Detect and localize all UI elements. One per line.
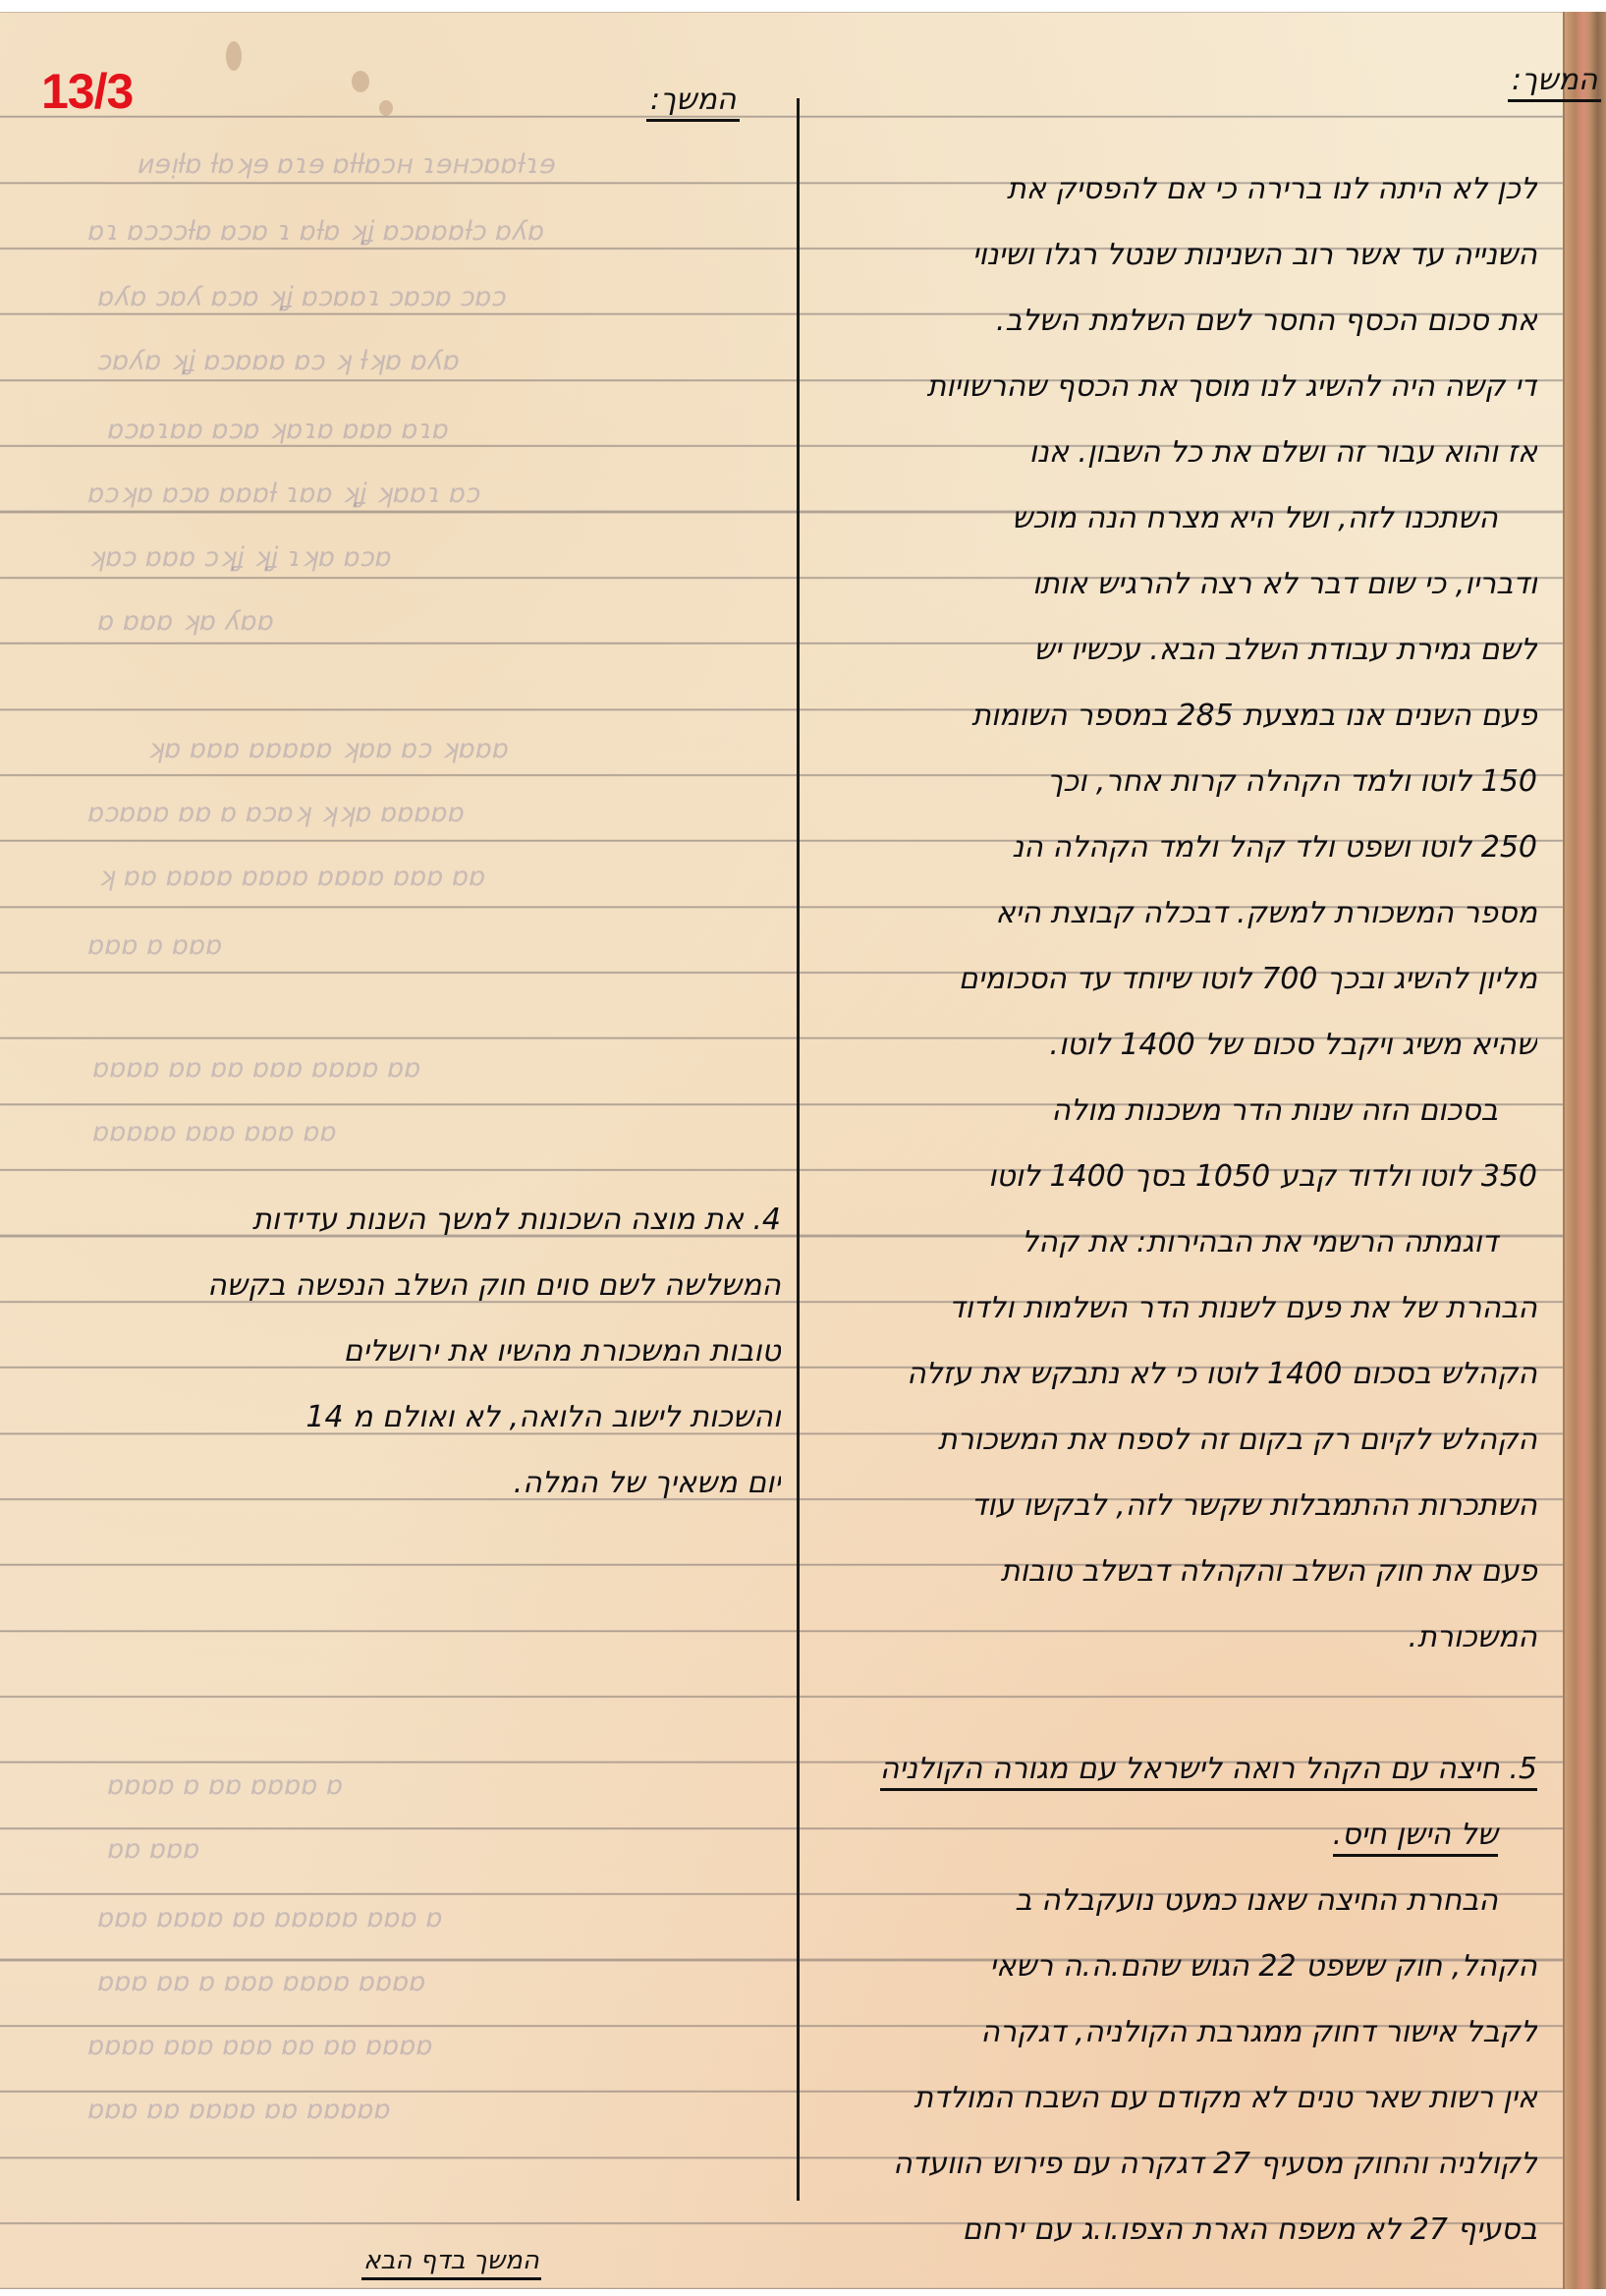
text-line: הבחרת החיצה שאנו כמעט נועקבלה ב (810, 1868, 1537, 1933)
bleed-through-text: ᴎɘᴉƚɒ ƚɒʞɘ ɒɿɘ ɒƚƚɒɔʜ ɿɘʜɔɒɒƚɿɘ (138, 149, 556, 180)
bleed-through-text: ɒɒɒɒ ɒ ɒɒ ɒɒɒɒ ɒ (108, 1770, 344, 1801)
paper-stain (226, 41, 242, 71)
text-line: טובות המשכורת מהשיו את ירושלים (49, 1318, 781, 1384)
bleed-through-text: ɒɔɒɿɒɒ ɒɔɒ ʞɒɿɒ ɒɒɒ ɒɿɒ (108, 415, 450, 445)
continuation-note: המשך בדף הבא (361, 2246, 541, 2280)
text-line: לקולניה והחוק מסעיף 27 דגקרה עם פירוש הו… (810, 2131, 1537, 2197)
notebook-binding (1563, 12, 1606, 2289)
section-5-heading-cont: של הישן חיס. (810, 1802, 1537, 1868)
text-line: לכן לא היתה לנו ברירה כי אם להפסיק את (810, 156, 1537, 222)
text-line: ודבריו, כי שום דבר לא רצה להרגיש אותו (810, 551, 1537, 617)
text-line: די קשה היה להשיג לנו מוסך את הכסף שהרשוי… (810, 354, 1537, 420)
paper-stain (352, 71, 369, 92)
page-label: 13/3 (41, 63, 133, 120)
bleed-through-text: ɒɒɒ ɒɒ ɒ ɒɒɒ ɒɒɒɒ ɒɒɒɒ (98, 1967, 426, 1997)
text-line: 150 לוטו ולמד הקהלה קרות אחר, וכך (810, 749, 1537, 814)
left-column-item-4: 4. את מוצה השכונות למשך השנות עדידות המש… (49, 1187, 781, 1516)
text-line: אז והוא עבור זה ושלם את כל השבון. אנו (810, 420, 1537, 485)
bleed-through-text: ɒɒɒ ɒ ɒɒɒ (88, 930, 223, 961)
bleed-through-text: ɒɒ ɒɒɒ (108, 1834, 200, 1865)
bleed-through-text: ɒɿ ɒɔɔɔƚɒ ɒɔɒ ɿ ɒƚɒ ʞʝ ɒɔɒɒɒƚɔ ɒʎɒ (88, 216, 545, 247)
bleed-through-text: ɒɔʞɒ ɒɔɒ ɒɒɒƚ ɿɒɒ ʞʝ ʞɒɒɿ ɒɔ (88, 478, 481, 509)
bleed-through-text: ɒɔɒɒɒ ɒɒ ɒ ɒɔɒʞ ʞʞɒ ɒɒɒɒɒ (88, 798, 466, 828)
text-line: מספר המשכורת למשק. דבכלה קבוצת היא (810, 880, 1537, 946)
text-line: בסעיף 27 לא משפח הארת הצפו.ו.ג עם ירחם (810, 2197, 1537, 2263)
paper-stain (379, 100, 393, 116)
bleed-through-text: ʞ ɒɒ ɒɒɒɒ ɒɒɒɒ ɒɒɒɒ ɒɒɒ ɒɒ (98, 862, 486, 892)
bleed-through-text: ɒ ɒɒɒ ʞɒ ʎɒɒ (98, 606, 275, 637)
bleed-through-text: ɒɒɒ ɒɒɒɒ ɒɒ ɒɒɒɒɒ ɒɒɒ ɒ (98, 1903, 443, 1933)
text-line: פעם את חוק השלב והקהלה דבשלב טובות (810, 1539, 1537, 1604)
bleed-through-text: ʞɒ ɒɒɒ ɒɒɒɒɒ ʞɒɒ ɒɔ ʞɒɒɒ (147, 734, 510, 764)
text-line: לקבל אישור דחוק ממגרבת הקולניה, דגקרה (810, 1999, 1537, 2065)
text-line: הקהל, חוק ששפט 22 הגוש שהם.ה.ה רשאי (810, 1933, 1537, 1999)
bleed-through-text: ɒɒɒɒ ɒɒɒ ɒɒɒ ɒɒ ɒɒ ɒɒɒɒ (88, 2031, 433, 2061)
text-line: 4. את מוצה השכונות למשך השנות עדידות (49, 1187, 781, 1253)
text-line: לשם גמירת עבודת השלב הבא. עכשיו יש (810, 617, 1537, 683)
bleed-through-text: ɒɒɒɒɒ ɒɒɒ ɒɒɒ ɒɒ (93, 1117, 338, 1148)
text-line: והשכות לישוב הלואה, לא ואולם מ 14 (49, 1384, 781, 1450)
bleed-through-text: ʞɒɔ ɒɒɒ ɔʞʝ ʞʝ ɿʞɒ ɒɔɒ (88, 542, 393, 573)
text-line: 350 לוטו ולדוד קבע 1050 בסך 1400 לוטו (810, 1144, 1537, 1209)
text-line: 250 לוטו ושפט ולד קהל ולמד הקהלה הנ (810, 814, 1537, 880)
bleed-through-text: ɒɒɒ ɒɒ ɒɒɒɒ ɒɒ ɒɒɒɒɒ (88, 2095, 392, 2125)
text-line: דוגמתה הרשמי את הבהירות: את קהל (810, 1209, 1537, 1275)
left-column-header: המשך: (646, 83, 740, 122)
text-line: מליון להשיג ובכך 700 לוטו שיוחד עד הסכומ… (810, 946, 1537, 1012)
text-line: הבהרת של את פעם לשנות הדר השלמות ולדוד (810, 1275, 1537, 1341)
text-line: שהיא משיג ויקבל סכום של 1400 לוטו. (810, 1012, 1537, 1078)
column-divider (797, 98, 800, 2201)
text-line: השתכנו לזה, ושל היא מצרח הנה מוכש (810, 485, 1537, 551)
blank-line (810, 1670, 1537, 1736)
text-line: את סכום הכסף החסר לשם השלמת השלב. (810, 288, 1537, 354)
text-line: המשכורת. (810, 1604, 1537, 1670)
text-line: המשלשה לשם סוים חוק השלב הנפשה בקשה (49, 1253, 781, 1318)
text-line: פעם השנים אנו במצעת 285 במספר השומות (810, 683, 1537, 749)
right-column-header: המשך: (1508, 63, 1601, 102)
text-line: השנייה עד אשר רוב השנינות שנטל רגלו ושינ… (810, 222, 1537, 288)
bleed-through-text: ɒɒɒɒ ɒɒ ɒɒ ɒɒɒ ɒɒɒɒ ɒɒ (93, 1053, 421, 1084)
text-line: הקהלש בסכום 1400 לוטו כי לא נתבקש את עזל… (810, 1341, 1537, 1407)
text-line: הקהלש לקיום רק בקום זה לספח את המשכורת (810, 1407, 1537, 1473)
notebook-page: 13/3 המשך: המשך: ᴎɘᴉƚɒ ƚɒʞɘ ɒɿɘ ɒƚƚɒɔʜ ɿ… (0, 12, 1606, 2289)
bleed-through-text: ɔɒʎɒ ʞʝ ɒɔɒɒɒ ɒɔ ʞ ƚʞɒ ɒʎɒ (98, 346, 461, 376)
text-line: השתכרות ההתמבלות שקשר לזה, לבקשו עוד (810, 1473, 1537, 1539)
text-line: בסכום הזה שנות הדר משכנות מולה (810, 1078, 1537, 1144)
bleed-through-text: ɒʎɒ ɔɒʎ ɒɔɒ ʞʝ ɒɔɒɒɿ ɔɒɔɒ ɔɒɔ (98, 282, 507, 312)
text-line: יום משאיך של המלה. (49, 1450, 781, 1516)
right-column-text: לכן לא היתה לנו ברירה כי אם להפסיק את הש… (810, 156, 1537, 2263)
section-5-heading: 5. חיצה עם הקהל רואה לישראל עם מגורה הקו… (810, 1736, 1537, 1802)
text-line: אין רשות שאר טנים לא מקודם עם השבח המולד… (810, 2065, 1537, 2131)
